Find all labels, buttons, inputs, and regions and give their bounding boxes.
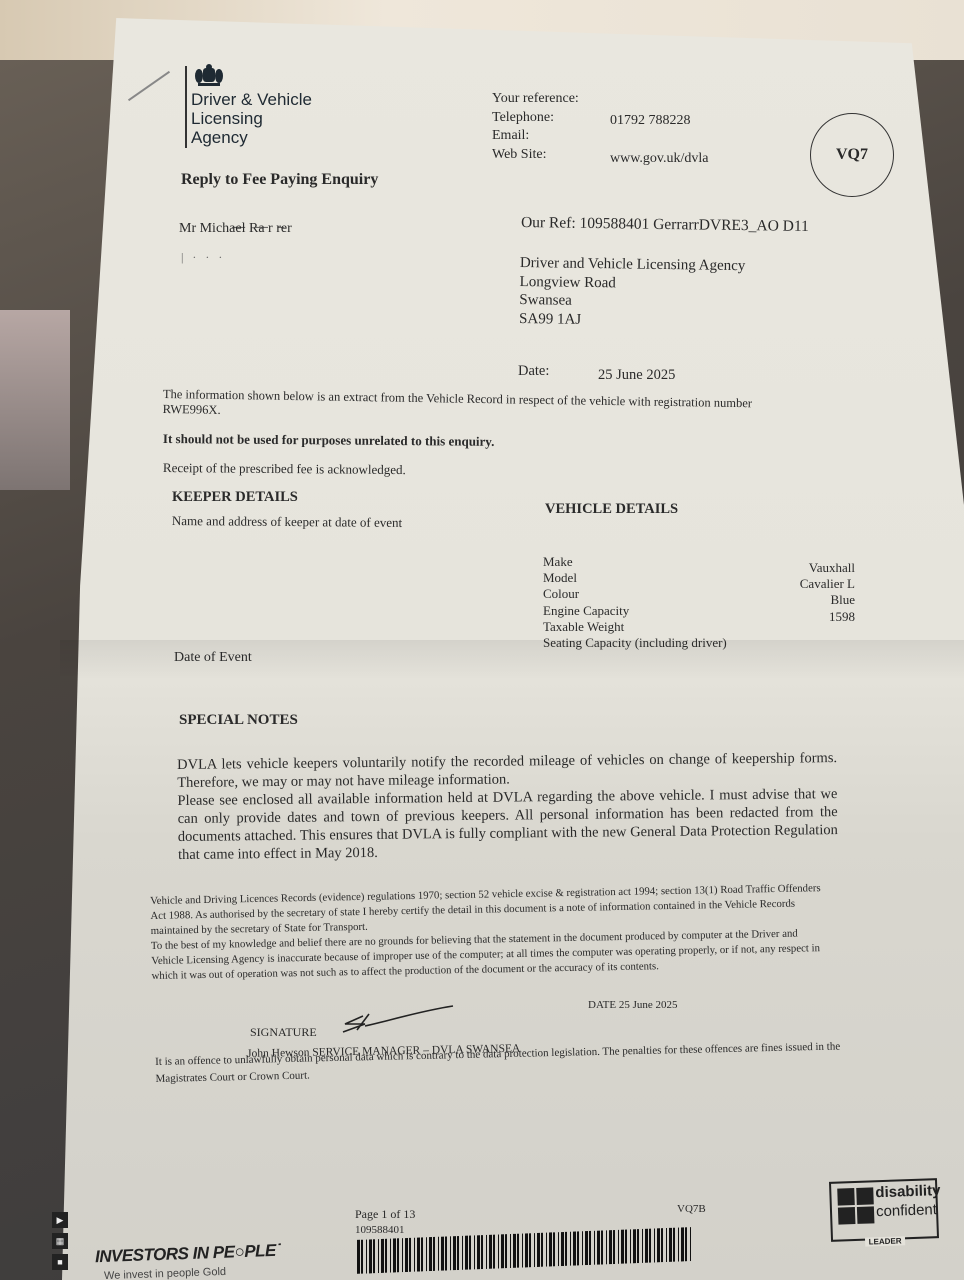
royal-crest-icon [194,64,224,88]
special-notes-body: DVLA lets vehicle keepers voluntarily no… [177,749,838,864]
model-value: Cavalier L [760,576,855,592]
disability-confident-icon [837,1187,874,1224]
signature-mark [335,1002,455,1038]
org-line-3: Agency [191,128,312,147]
dc-line2: confident [876,1200,942,1221]
seating-capacity-label: Seating Capacity (including driver) [543,635,727,651]
keeper-details-subheading: Name and address of keeper at date of ev… [172,513,402,531]
website-value: www.gov.uk/dvla [610,151,709,167]
contact-labels: Your reference: Telephone: Email: Web Si… [492,90,579,164]
colour-value: Blue [760,592,855,608]
make-value: Vauxhall [760,560,855,576]
document-title: Reply to Fee Paying Enquiry [181,171,378,189]
addressee-address-redacted: | · · · [181,250,225,265]
special-notes-paragraph: Please see enclosed all available inform… [177,785,838,864]
sender-address-line: Swansea [519,291,745,313]
social-icons: ▶ ▦ ■ [52,1212,70,1275]
form-code-stamp: VQ7 [810,113,894,197]
org-line-2: Licensing [191,109,312,128]
sender-address-line: Driver and Vehicle Licensing Agency [520,254,746,276]
disability-confident-badge: disability confident LEADER [829,1178,939,1242]
taxable-weight-label: Taxable Weight [543,619,727,635]
play-icon: ▶ [52,1212,68,1228]
special-notes-heading: SPECIAL NOTES [179,712,298,729]
dc-level-text: LEADER [865,1236,906,1246]
fee-receipt: Receipt of the prescribed fee is acknowl… [163,460,406,478]
vehicle-detail-labels: Make Model Colour Engine Capacity Taxabl… [543,554,727,651]
org-line-1: Driver & Vehicle [191,90,312,109]
engine-capacity-value: 1598 [760,609,855,625]
signature-label: SIGNATURE [250,1025,317,1040]
square-icon: ■ [52,1254,68,1270]
legal-certification: Vehicle and Driving Licences Records (ev… [150,881,824,984]
date-of-event-label: Date of Event [174,650,252,666]
keeper-details-heading: KEEPER DETAILS [172,489,298,506]
addressee-name: Mr Micha̶e̶l R̶a̶ r r̶er [179,221,292,237]
sender-address: Driver and Vehicle Licensing Agency Long… [519,254,745,331]
telephone-label: Telephone: [492,109,579,128]
logo-divider [185,66,187,148]
certification-date: DATE 25 June 2025 [588,999,678,1011]
disability-confident-text: disability confident [875,1181,941,1221]
vehicle-detail-values: Vauxhall Cavalier L Blue 1598 [760,560,855,625]
usage-warning: It should not be used for purposes unrel… [163,431,495,450]
engine-capacity-label: Engine Capacity [543,603,727,619]
stamp-code: VQ7 [836,146,868,164]
make-label: Make [543,554,727,570]
letter-date: 25 June 2025 [598,367,675,384]
email-label: Email: [492,127,579,146]
model-label: Model [543,570,727,586]
grid-icon: ▦ [52,1233,68,1249]
background-cloth [0,310,70,490]
org-logo-text: Driver & Vehicle Licensing Agency [191,90,312,147]
colour-label: Colour [543,586,727,602]
sender-postcode: SA99 1AJ [519,309,745,331]
vehicle-details-heading: VEHICLE DETAILS [545,501,678,518]
your-reference-label: Your reference: [492,90,579,109]
telephone-value: 01792 788228 [610,113,691,129]
dc-line1: disability [875,1181,941,1202]
website-label: Web Site: [492,146,579,165]
date-label: Date: [518,363,549,380]
